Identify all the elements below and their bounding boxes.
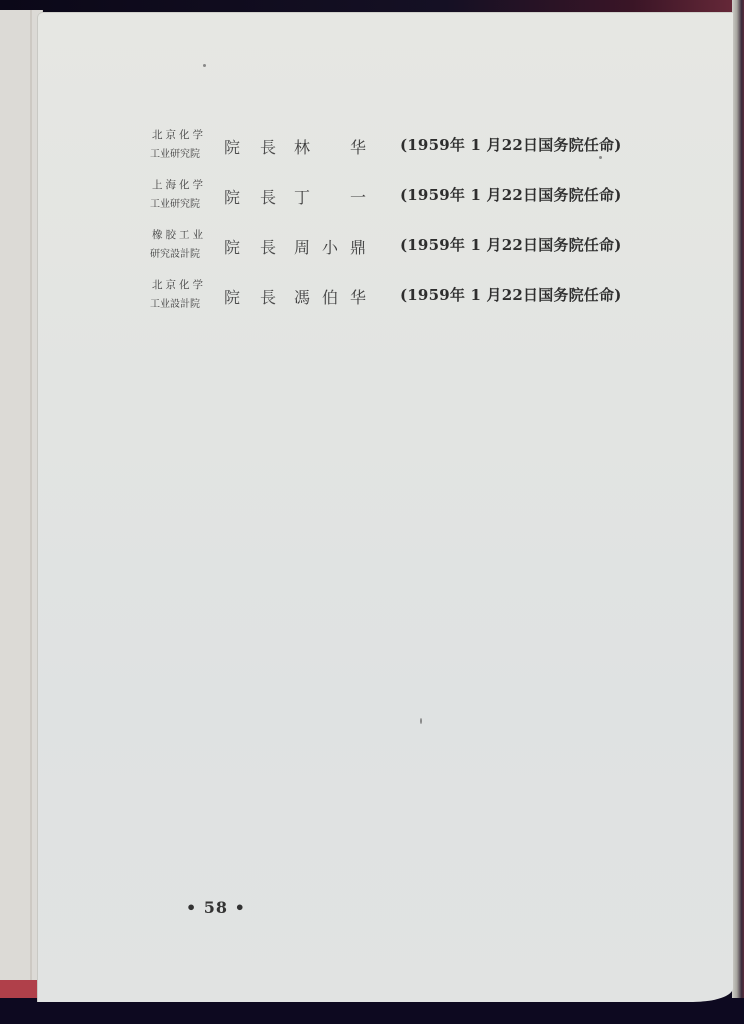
title-char-1: 院: [224, 235, 240, 258]
title-char-2: 長: [260, 185, 276, 208]
appointment-entry: 北京化学 工业研究院 院 長 林 华 (1959年 1 月22日国务院任命): [150, 126, 630, 166]
name-char: 馮: [294, 285, 310, 308]
title-char-2: 長: [260, 285, 276, 308]
person-name: 丁 一: [294, 185, 366, 208]
name-char: 林: [294, 135, 310, 158]
person-name: 周 小 鼎: [294, 235, 366, 258]
organization-name: 上海化学 工业研究院: [150, 176, 225, 214]
organization-line-1: 北京化学: [150, 126, 225, 145]
title-char-1: 院: [224, 285, 240, 308]
organization-name: 橡胶工业 研究設計院: [150, 226, 225, 264]
name-char: 一: [350, 185, 366, 208]
organization-name: 北京化学 工业設計院: [150, 276, 225, 314]
appointment-note: (1959年 1 月22日国务院任命): [400, 234, 622, 255]
person-name: 馮 伯 华: [294, 285, 366, 308]
paper-speck: [203, 64, 206, 67]
name-char: 小: [322, 235, 338, 258]
appointment-entry: 北京化学 工业設計院 院 長 馮 伯 华 (1959年 1 月22日国务院任命): [150, 276, 630, 316]
organization-name: 北京化学 工业研究院: [150, 126, 225, 164]
organization-line-2: 工业設計院: [150, 295, 225, 314]
title-char-2: 長: [260, 135, 276, 158]
book-cover-edge: [0, 980, 40, 998]
title-char-1: 院: [224, 135, 240, 158]
organization-line-2: 研究設計院: [150, 245, 225, 264]
title-char-2: 長: [260, 235, 276, 258]
organization-line-1: 上海化学: [150, 176, 225, 195]
name-char: 华: [350, 285, 366, 308]
name-char: 鼎: [350, 235, 366, 258]
right-book-edge: [732, 0, 744, 1024]
name-char: 华: [350, 135, 366, 158]
appointment-note: (1959年 1 月22日国务院任命): [400, 284, 622, 305]
organization-line-1: 北京化学: [150, 276, 225, 295]
organization-line-2: 工业研究院: [150, 145, 225, 164]
name-char: 伯: [322, 285, 338, 308]
name-char: 丁: [294, 185, 310, 208]
appointment-entry: 上海化学 工业研究院 院 長 丁 一 (1959年 1 月22日国务院任命): [150, 176, 630, 216]
appointment-note: (1959年 1 月22日国务院任命): [400, 134, 622, 155]
organization-line-1: 橡胶工业: [150, 226, 225, 245]
name-char: 周: [294, 235, 310, 258]
appointment-entry: 橡胶工业 研究設計院 院 長 周 小 鼎 (1959年 1 月22日国务院任命): [150, 226, 630, 266]
paper-speck: [420, 718, 422, 724]
title-char-1: 院: [224, 185, 240, 208]
person-name: 林 华: [294, 135, 366, 158]
appointment-note: (1959年 1 月22日国务院任命): [400, 184, 622, 205]
page-number: • 58 •: [186, 898, 246, 917]
organization-line-2: 工业研究院: [150, 195, 225, 214]
